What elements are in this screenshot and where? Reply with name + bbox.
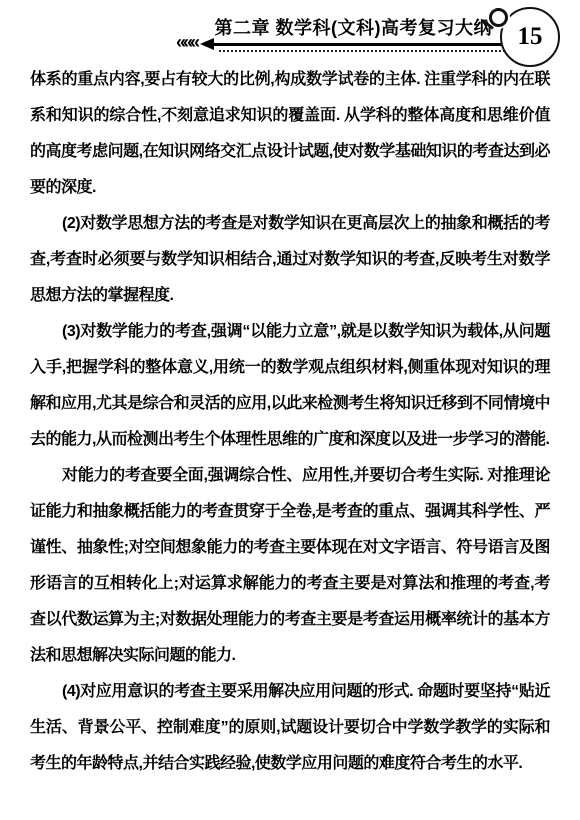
- paragraph: (2)对数学思想方法的考查是对数学知识在更高层次上的抽象和概括的考查,考查时必须…: [30, 206, 550, 314]
- paragraph: 对能力的考查要全面,强调综合性、应用性,并要切合考生实际. 对推理论证能力和抽象…: [30, 458, 550, 674]
- book-page: 第二章 数学科(文科)高考复习大纲 ««« 15 体系的重点内容,要占有较大的比…: [0, 0, 580, 820]
- page-header: 第二章 数学科(文科)高考复习大纲 ««« 15: [0, 0, 580, 60]
- page-number-badge: 15: [500, 7, 560, 67]
- page-body: 体系的重点内容,要占有较大的比例,构成数学试卷的主体. 注重学科的内在联系和知识…: [0, 60, 580, 782]
- header-rule: [212, 43, 508, 46]
- magnifier-icon: [489, 8, 508, 27]
- paragraph: (4)对应用意识的考查主要采用解决应用问题的形式. 命题时要坚持“贴近生活、背景…: [30, 674, 550, 782]
- paragraph: (3)对数学能力的考查,强调“以能力立意”,就是以数学知识为载体,从问题入手,把…: [30, 314, 550, 458]
- chapter-title: 第二章 数学科(文科)高考复习大纲: [215, 14, 493, 40]
- paragraph: 体系的重点内容,要占有较大的比例,构成数学试卷的主体. 注重学科的内在联系和知识…: [30, 62, 550, 206]
- header-dashed-rule: [219, 50, 505, 52]
- chevrons-icon: «««: [176, 32, 197, 53]
- page-number: 15: [518, 23, 543, 51]
